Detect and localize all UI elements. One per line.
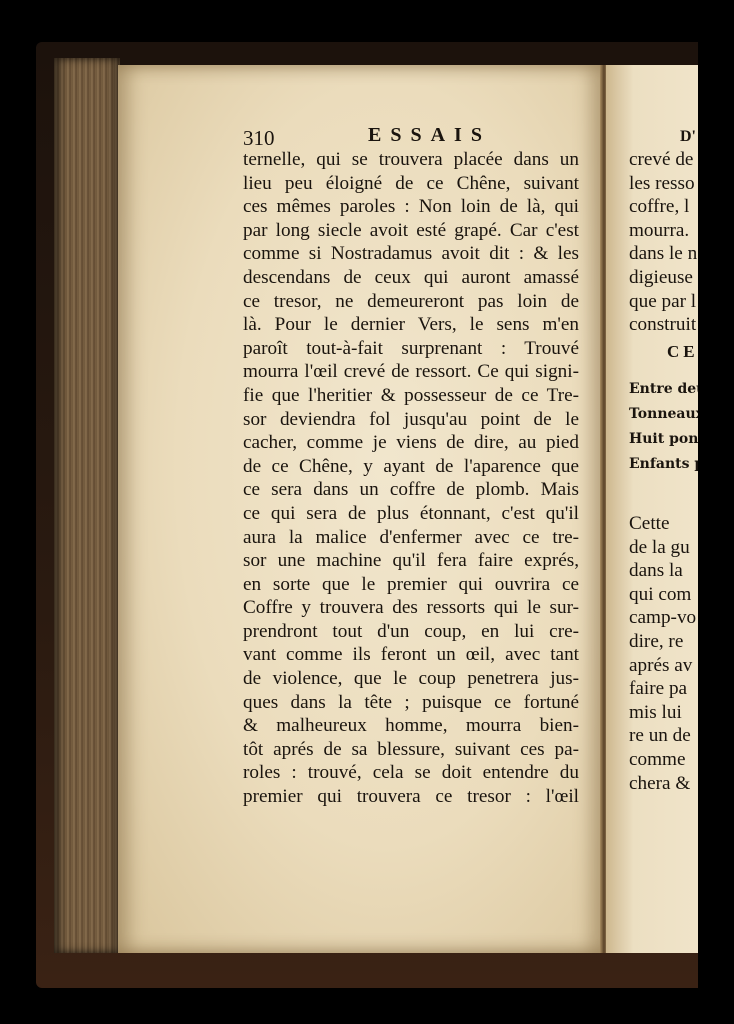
text-line: de la gu: [629, 536, 696, 560]
text-line: comme si Nostradamus avoit dit : & les: [243, 242, 579, 266]
text-line: paroît tout-à-fait surprenant : Trouvé: [243, 337, 579, 361]
text-line: vant comme ils feront un œil, avec tant: [243, 643, 579, 667]
text-line: coffre, l: [629, 195, 697, 219]
text-line: mis lui: [629, 701, 696, 725]
text-line: camp-vo: [629, 606, 696, 630]
text-line: ce qui sera de plus étonnant, c'est qu'i…: [243, 502, 579, 526]
text-line: ques dans la tête ; puisque ce fortuné: [243, 691, 579, 715]
text-line: dans le n: [629, 242, 697, 266]
text-line: crevé de: [629, 148, 697, 172]
text-line: par long siecle avoit esté grapé. Car c'…: [243, 219, 579, 243]
text-line: re un de: [629, 724, 696, 748]
running-title: ESSAIS: [368, 124, 491, 147]
left-page-text: ternelle, qui se trouvera placée dans un…: [243, 148, 579, 809]
text-line: aura la malice d'enfermer avec ce tre-: [243, 526, 579, 550]
text-line: aprés av: [629, 654, 696, 678]
right-page-text-bottom: Cettede la gudans laqui comcamp-vodire, …: [629, 512, 696, 795]
text-line: chera &: [629, 772, 696, 796]
text-line: roles : trouvé, cela se doit entendre du: [243, 761, 579, 785]
text-line: sor une machine qu'il fera faire exprés,: [243, 549, 579, 573]
running-head: 310 ESSAIS: [243, 124, 583, 148]
right-section-heading: CE: [667, 342, 699, 362]
text-line: fie que l'heritier & possesseur de ce Tr…: [243, 384, 579, 408]
text-line: là. Pour le dernier Vers, le sens m'en: [243, 313, 579, 337]
page-edges: [54, 58, 120, 953]
text-line: que par l: [629, 290, 697, 314]
text-line: les resso: [629, 172, 697, 196]
text-line: ce tresor, ne demeureront pas loin de: [243, 290, 579, 314]
text-line: de violence, que le coup penetrera jus-: [243, 667, 579, 691]
text-line: cacher, comme je viens de dire, au pied: [243, 431, 579, 455]
text-line: premier qui trouvera ce tresor : l'œil: [243, 785, 579, 809]
text-line: comme: [629, 748, 696, 772]
text-line: lieu peu éloigné de ce Chêne, suivant: [243, 172, 579, 196]
text-line: & malheureux homme, mourra bien-: [243, 714, 579, 738]
text-line: Cette: [629, 512, 696, 536]
text-line: faire pa: [629, 677, 696, 701]
text-line: prendront tout d'un coup, en lui cre-: [243, 620, 579, 644]
text-line: mourra.: [629, 219, 697, 243]
text-line: tôt aprés de sa blessure, suivant ces pa…: [243, 738, 579, 762]
text-line: sor deviendra fol jusqu'au point de le: [243, 408, 579, 432]
text-line: Coffre y trouvera des ressorts qui le su…: [243, 596, 579, 620]
text-line: digieuse: [629, 266, 697, 290]
text-line: construit: [629, 313, 697, 337]
text-line: qui com: [629, 583, 696, 607]
text-line: de ce Chêne, y ayant de l'aparence que: [243, 455, 579, 479]
text-line: dire, re: [629, 630, 696, 654]
text-line: dans la: [629, 559, 696, 583]
text-line: mourra l'œil crevé de ressort. Ce qui si…: [243, 360, 579, 384]
text-line: en sorte que le premier qui ouvrira ce: [243, 573, 579, 597]
right-running-head: D': [680, 128, 696, 146]
text-line: ce sera dans un coffre de plomb. Mais: [243, 478, 579, 502]
black-border: [698, 0, 734, 1024]
text-line: ces mêmes paroles : Non loin de là, qui: [243, 195, 579, 219]
text-line: descendans de ceux qui auront amassé: [243, 266, 579, 290]
right-page-text-top: crevé deles ressocoffre, lmourra.dans le…: [629, 148, 697, 337]
text-line: ternelle, qui se trouvera placée dans un: [243, 148, 579, 172]
